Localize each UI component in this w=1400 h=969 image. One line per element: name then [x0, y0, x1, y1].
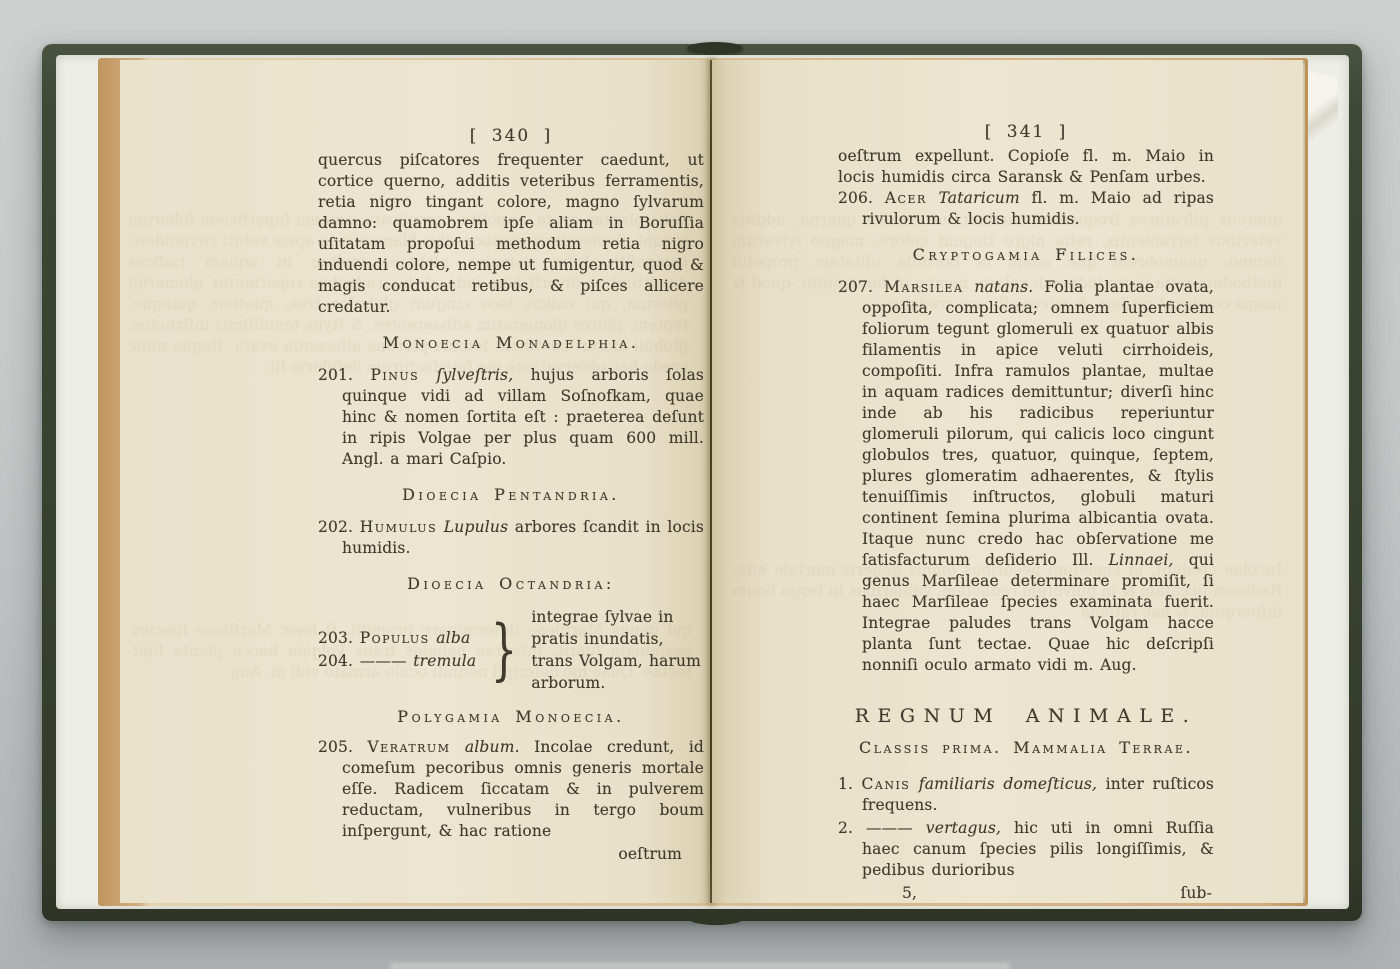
entry-number: 206.	[838, 189, 873, 207]
endpaper-corner-fold	[1304, 70, 1338, 148]
species-epithet: album.	[465, 738, 520, 756]
open-pages: Folia plantae ovata, oppoſita, complicat…	[120, 60, 1305, 903]
entry-number: 203.	[318, 629, 353, 647]
entry-number: 207.	[838, 278, 873, 296]
spine-notch-top	[687, 42, 743, 54]
page-number-341: [ 341 ]	[838, 122, 1214, 143]
ditto-dash: ———	[866, 819, 913, 837]
entry-number: 2.	[838, 819, 853, 837]
genus-name: Humulus	[360, 518, 437, 536]
right-page-text-block: [ 341 ] oeſtrum expellunt. Copioſe fl. m…	[838, 122, 1214, 903]
entry-text: qui genus Marſileae determinare promiſit…	[862, 551, 1214, 674]
section-heading-monoecia: Monoecia Monadelphia.	[318, 332, 704, 353]
entry-2-vertagus: 2. ——— vertagus, hic uti in omni Ruſſia …	[838, 818, 1214, 881]
section-heading-dioecia-pentandria: Dioecia Pentandria.	[318, 484, 704, 505]
genus-name: Acer	[885, 189, 927, 207]
entry-207: 207. Marsilea natans. Folia plantae ovat…	[838, 277, 1214, 676]
entry-text: hic uti in omni Ruſſia haec canum ſpecie…	[862, 819, 1214, 879]
left-page: Folia plantae ovata, oppoſita, complicat…	[120, 60, 712, 903]
entry-number: 1.	[838, 775, 853, 793]
species-epithet: natans.	[974, 278, 1033, 296]
linnaeus-name: Linnaei,	[1109, 551, 1174, 569]
entry-number: 202.	[318, 518, 353, 536]
ditto-dash: ———	[360, 652, 407, 670]
right-page-footer: 5, ſub-	[838, 883, 1214, 903]
entry-number: 201.	[318, 366, 353, 384]
entry-number: 205.	[318, 738, 353, 756]
species-epithet: vertagus,	[926, 819, 1001, 837]
entry-206: 206. Acer Tataricum fl. m. Maio ad ripas…	[838, 188, 1214, 230]
species-epithet: Lupulus	[444, 518, 508, 536]
paragraph-continuation: oeſtrum expellunt. Copioſe fl. m. Maio i…	[838, 146, 1214, 188]
entry-pair: 203. Populus alba 204. ——— tremula	[318, 627, 481, 673]
shared-entry-text: integrae ſylvae in pratis inundatis, tra…	[531, 606, 704, 694]
entry-202: 202. Humulus Lupulus arbores ſcandit in …	[318, 517, 704, 559]
entry-203: 203. Populus alba	[318, 627, 481, 650]
spine-notch-bottom	[690, 914, 742, 925]
catchword-left: oeſtrum	[318, 844, 704, 865]
entry-205: 205. Veratrum album. Incolae credunt, id…	[318, 737, 704, 842]
table-surface-sliver	[390, 963, 1010, 969]
catchword-right: ſub-	[1181, 883, 1212, 903]
page-number-340: [ 340 ]	[318, 126, 704, 147]
entry-1-canis: 1. Canis familiaris domeſticus, inter ru…	[838, 774, 1214, 816]
photo-background: Folia plantae ovata, oppoſita, complicat…	[0, 0, 1400, 969]
entry-text: Folia plantae ovata, oppoſita, complicat…	[862, 278, 1214, 569]
book-cover: Folia plantae ovata, oppoſita, complicat…	[42, 44, 1362, 921]
genus-name: Marsilea	[884, 278, 963, 296]
entry-204: 204. ——— tremula	[318, 650, 481, 673]
heading-classis-prima: Classis prima. Mammalia Terrae.	[838, 737, 1214, 758]
species-epithet: tremula	[413, 652, 476, 670]
species-epithet: familiaris domeſticus,	[919, 775, 1097, 793]
genus-name: Pinus	[370, 366, 419, 384]
species-epithet: Tataricum	[938, 189, 1019, 207]
heading-regnum-animale: REGNUM ANIMALE.	[838, 706, 1214, 727]
species-epithet: alba	[436, 629, 470, 647]
signature-mark: 5,	[902, 883, 917, 903]
section-heading-dioecia-octandria: Dioecia Octandria:	[318, 573, 704, 594]
section-heading-cryptogamia: Cryptogamia Filices.	[838, 244, 1214, 265]
right-page: quercus piſcatores frequenter caedunt, u…	[712, 60, 1303, 903]
left-page-text-block: [ 340 ] quercus piſcatores frequenter ca…	[318, 126, 704, 865]
species-epithet: ſylveſtris,	[437, 366, 514, 384]
entries-203-204-group: 203. Populus alba 204. ——— tremula } i	[318, 606, 704, 694]
genus-name: Veratrum	[367, 738, 450, 756]
section-heading-polygamia: Polygamia Monoecia.	[318, 706, 704, 727]
entry-201: 201. Pinus ſylveſtris, hujus arboris ſol…	[318, 365, 704, 470]
curly-brace: }	[491, 620, 517, 680]
genus-name: Canis	[862, 775, 911, 793]
genus-name: Populus	[360, 629, 430, 647]
entry-number: 204.	[318, 652, 353, 670]
paragraph-continuation: quercus piſcatores frequenter caedunt, u…	[318, 150, 704, 318]
